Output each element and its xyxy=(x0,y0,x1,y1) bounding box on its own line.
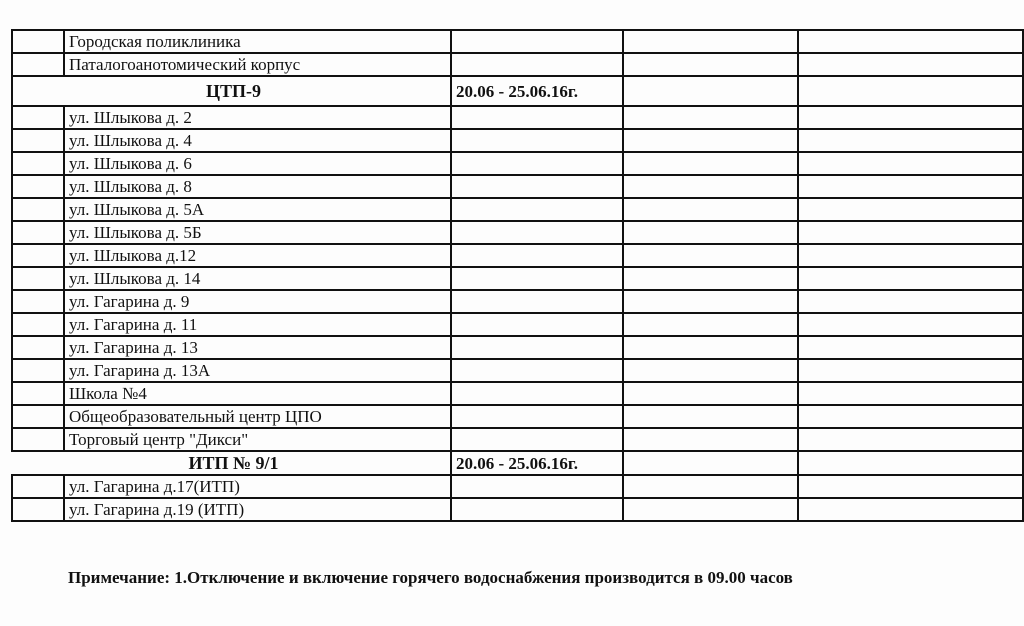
table-row: ул. Гагарина д. 13 xyxy=(12,336,1023,359)
cell-dates xyxy=(451,313,623,336)
table-row: ул. Шлыкова д. 4 xyxy=(12,129,1023,152)
cell-index xyxy=(12,106,64,129)
cell-dates xyxy=(451,106,623,129)
cell-extra-1 xyxy=(623,106,798,129)
cell-address: ул. Шлыкова д. 5А xyxy=(64,198,451,221)
cell-extra-2 xyxy=(798,221,1023,244)
cell-extra-1 xyxy=(623,405,798,428)
cell-index xyxy=(12,428,64,451)
cell-index xyxy=(12,382,64,405)
cell-address: ул. Гагарина д. 9 xyxy=(64,290,451,313)
cell-address: ул. Гагарина д.17(ИТП) xyxy=(64,475,451,498)
cell-extra-1 xyxy=(623,382,798,405)
cell-extra-2 xyxy=(798,175,1023,198)
cell-index xyxy=(12,405,64,428)
cell-extra-1 xyxy=(623,221,798,244)
cell-extra-1 xyxy=(623,336,798,359)
cell-extra-1 xyxy=(623,428,798,451)
table-row: ул. Шлыкова д. 5Б xyxy=(12,221,1023,244)
station-dates: 20.06 - 25.06.16г. xyxy=(451,76,623,106)
cell-extra-2 xyxy=(798,152,1023,175)
cell-dates xyxy=(451,198,623,221)
cell-dates xyxy=(451,290,623,313)
cell-index xyxy=(12,175,64,198)
footnote: Примечание: 1.Отключение и включение гор… xyxy=(68,568,793,588)
station-name: ЦТП-9 xyxy=(12,76,451,106)
cell-index xyxy=(12,53,64,76)
cell-address: ул. Шлыкова д. 14 xyxy=(64,267,451,290)
outage-schedule-sheet: Городская поликлиника Паталогоанотомичес… xyxy=(11,29,1022,522)
cell-dates xyxy=(451,428,623,451)
cell-dates xyxy=(451,152,623,175)
cell-index xyxy=(12,267,64,290)
cell-extra-1 xyxy=(623,30,798,53)
cell-address: ул. Гагарина д. 13А xyxy=(64,359,451,382)
cell-extra-1 xyxy=(623,53,798,76)
cell-extra-2 xyxy=(798,336,1023,359)
cell-extra-1 xyxy=(623,451,798,475)
outage-schedule-table: Городская поликлиника Паталогоанотомичес… xyxy=(11,29,1024,522)
table-row: Паталогоанотомический корпус xyxy=(12,53,1023,76)
table-row: ул. Гагарина д. 11 xyxy=(12,313,1023,336)
table-row: ул. Гагарина д.19 (ИТП) xyxy=(12,498,1023,521)
cell-extra-1 xyxy=(623,359,798,382)
cell-dates xyxy=(451,475,623,498)
cell-dates xyxy=(451,498,623,521)
table-body: Городская поликлиника Паталогоанотомичес… xyxy=(12,30,1023,521)
table-row: ул. Шлыкова д. 8 xyxy=(12,175,1023,198)
cell-extra-1 xyxy=(623,475,798,498)
station-name: ИТП № 9/1 xyxy=(12,451,451,475)
table-row: ул. Шлыкова д. 2 xyxy=(12,106,1023,129)
cell-index xyxy=(12,152,64,175)
cell-extra-2 xyxy=(798,106,1023,129)
cell-dates xyxy=(451,405,623,428)
cell-index xyxy=(12,313,64,336)
cell-extra-2 xyxy=(798,428,1023,451)
cell-extra-2 xyxy=(798,76,1023,106)
cell-dates xyxy=(451,30,623,53)
station-header-row: ЦТП-9 20.06 - 25.06.16г. xyxy=(12,76,1023,106)
cell-extra-2 xyxy=(798,267,1023,290)
cell-index xyxy=(12,359,64,382)
table-row: ул. Шлыкова д. 14 xyxy=(12,267,1023,290)
cell-extra-2 xyxy=(798,53,1023,76)
cell-index xyxy=(12,244,64,267)
cell-extra-1 xyxy=(623,198,798,221)
cell-extra-1 xyxy=(623,76,798,106)
table-row: ул. Гагарина д. 9 xyxy=(12,290,1023,313)
cell-extra-2 xyxy=(798,129,1023,152)
cell-dates xyxy=(451,267,623,290)
cell-extra-2 xyxy=(798,30,1023,53)
cell-extra-1 xyxy=(623,129,798,152)
cell-address: ул. Шлыкова д. 5Б xyxy=(64,221,451,244)
table-row: Городская поликлиника xyxy=(12,30,1023,53)
cell-address: ул. Гагарина д. 13 xyxy=(64,336,451,359)
cell-dates xyxy=(451,244,623,267)
station-dates: 20.06 - 25.06.16г. xyxy=(451,451,623,475)
cell-address: Торговый центр "Дикси" xyxy=(64,428,451,451)
cell-extra-2 xyxy=(798,290,1023,313)
cell-index xyxy=(12,475,64,498)
cell-extra-1 xyxy=(623,267,798,290)
table-row: ул. Шлыкова д. 5А xyxy=(12,198,1023,221)
table-row: ул. Шлыкова д.12 xyxy=(12,244,1023,267)
cell-address: ул. Шлыкова д. 6 xyxy=(64,152,451,175)
cell-index xyxy=(12,30,64,53)
station-header-row: ИТП № 9/1 20.06 - 25.06.16г. xyxy=(12,451,1023,475)
table-row: Торговый центр "Дикси" xyxy=(12,428,1023,451)
cell-address: Паталогоанотомический корпус xyxy=(64,53,451,76)
cell-address: Школа №4 xyxy=(64,382,451,405)
cell-dates xyxy=(451,336,623,359)
cell-extra-2 xyxy=(798,475,1023,498)
cell-index xyxy=(12,336,64,359)
cell-address: ул. Шлыкова д.12 xyxy=(64,244,451,267)
table-row: Школа №4 xyxy=(12,382,1023,405)
cell-extra-1 xyxy=(623,290,798,313)
cell-extra-2 xyxy=(798,382,1023,405)
cell-index xyxy=(12,198,64,221)
cell-index xyxy=(12,221,64,244)
table-row: Общеобразовательный центр ЦПО xyxy=(12,405,1023,428)
cell-dates xyxy=(451,129,623,152)
cell-address: ул. Шлыкова д. 4 xyxy=(64,129,451,152)
cell-index xyxy=(12,290,64,313)
cell-extra-2 xyxy=(798,244,1023,267)
cell-dates xyxy=(451,221,623,244)
cell-extra-2 xyxy=(798,498,1023,521)
cell-dates xyxy=(451,175,623,198)
cell-extra-1 xyxy=(623,313,798,336)
table-row: ул. Гагарина д.17(ИТП) xyxy=(12,475,1023,498)
cell-extra-1 xyxy=(623,152,798,175)
cell-dates xyxy=(451,382,623,405)
cell-dates xyxy=(451,359,623,382)
cell-extra-2 xyxy=(798,359,1023,382)
cell-extra-2 xyxy=(798,198,1023,221)
cell-address: Общеобразовательный центр ЦПО xyxy=(64,405,451,428)
cell-dates xyxy=(451,53,623,76)
cell-extra-2 xyxy=(798,405,1023,428)
cell-address: ул. Гагарина д.19 (ИТП) xyxy=(64,498,451,521)
cell-index xyxy=(12,129,64,152)
cell-extra-1 xyxy=(623,244,798,267)
cell-extra-2 xyxy=(798,313,1023,336)
cell-address: ул. Шлыкова д. 8 xyxy=(64,175,451,198)
cell-extra-1 xyxy=(623,175,798,198)
cell-address: Городская поликлиника xyxy=(64,30,451,53)
table-row: ул. Шлыкова д. 6 xyxy=(12,152,1023,175)
cell-extra-2 xyxy=(798,451,1023,475)
cell-extra-1 xyxy=(623,498,798,521)
cell-address: ул. Шлыкова д. 2 xyxy=(64,106,451,129)
cell-index xyxy=(12,498,64,521)
cell-address: ул. Гагарина д. 11 xyxy=(64,313,451,336)
table-row: ул. Гагарина д. 13А xyxy=(12,359,1023,382)
